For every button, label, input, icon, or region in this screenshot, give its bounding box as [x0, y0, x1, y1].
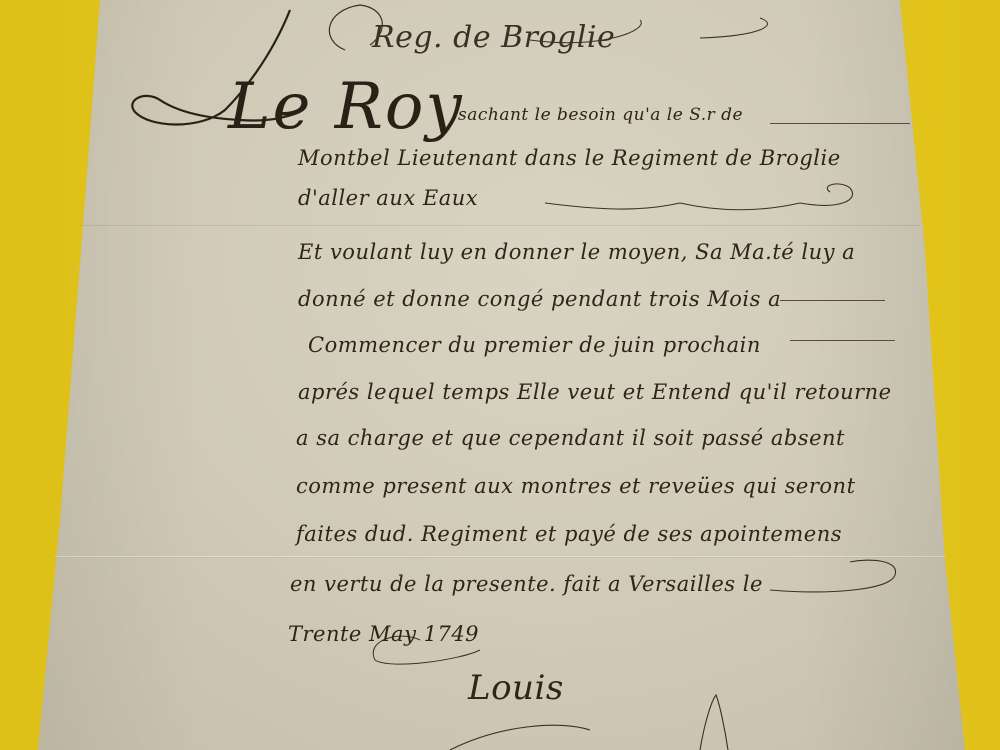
text-line-8: a sa charge et que cependant il soit pas… [296, 426, 845, 450]
text-line-9: comme present aux montres et reveües qui… [296, 474, 856, 498]
signature-louis: Louis [468, 668, 564, 708]
text-line-3: d'aller aux Eaux [298, 186, 478, 210]
regiment-header: Reg. de Broglie [372, 20, 615, 55]
line-filler-dash [790, 340, 895, 341]
line-filler-dash [770, 123, 910, 124]
text-line-7: aprés lequel temps Elle veut et Entend q… [298, 380, 892, 404]
text-line-6: Commencer du premier de juin prochain [308, 333, 761, 357]
line-filler-dash [780, 300, 885, 301]
text-line-10: faites dud. Regiment et payé de ses apoi… [296, 522, 842, 546]
date-line: Trente May 1749 [288, 622, 479, 646]
text-line-2: Montbel Lieutenant dans le Regiment de B… [298, 146, 841, 170]
text-line-5: donné et donne congé pendant trois Mois … [298, 287, 781, 311]
text-line-11: en vertu de la presente. fait a Versaill… [290, 572, 763, 596]
opening-le-roy: Le Roy [228, 70, 464, 144]
text-line-1: sachant le besoin qu'a le S.r de [458, 105, 743, 125]
text-line-4: Et voulant luy en donner le moyen, Sa Ma… [298, 240, 855, 264]
